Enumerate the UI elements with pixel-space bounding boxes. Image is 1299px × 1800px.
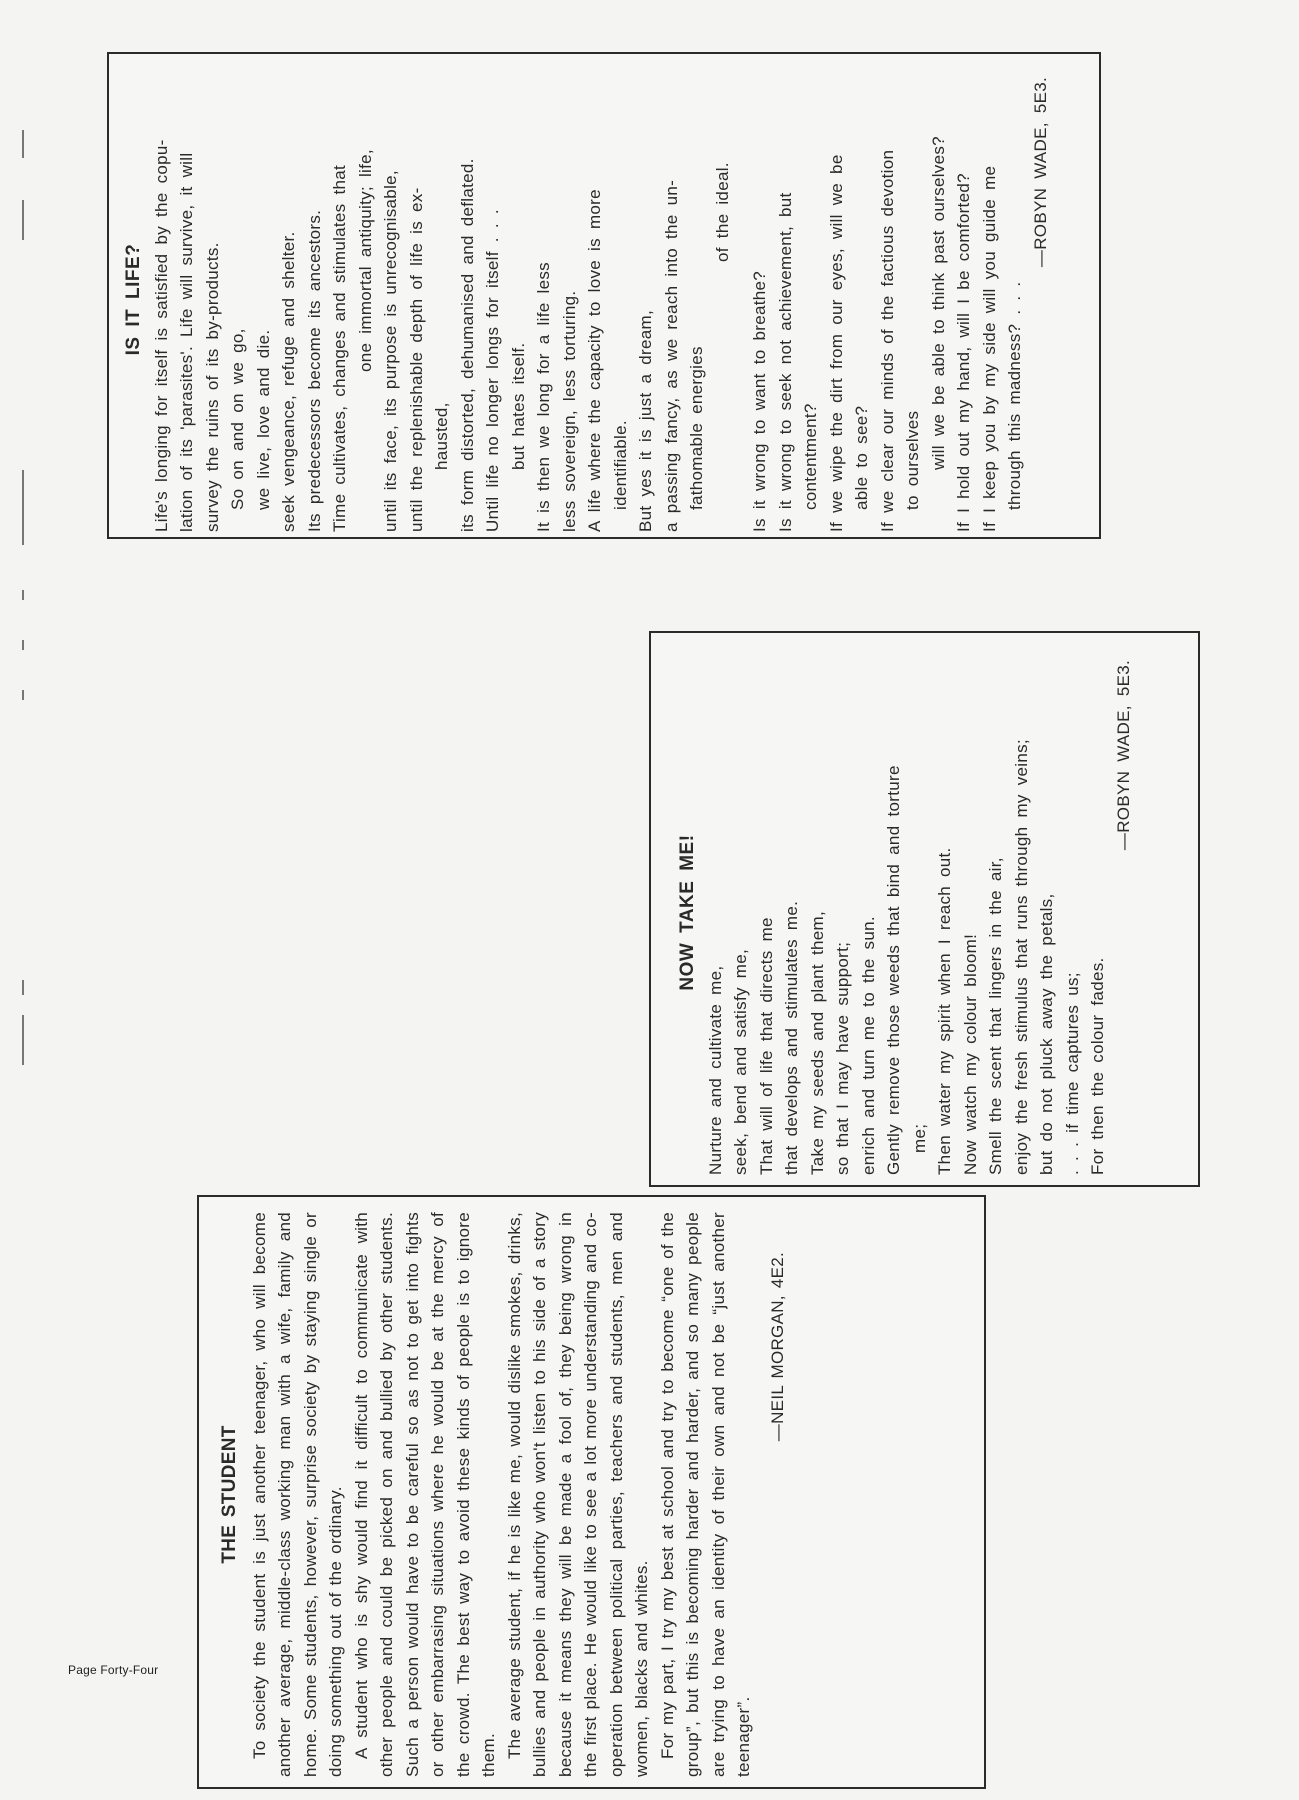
poem-line: fathomable energies [684, 67, 710, 532]
poem-lines: Life's longing for itself is satisfied b… [149, 67, 1028, 532]
poem-line: but hates itself. [506, 67, 532, 532]
poem-is-it-life-box: IS IT LIFE? Life's longing for itself is… [107, 52, 1101, 539]
essay-the-student: THE STUDENT To society the student is ju… [217, 1212, 790, 1777]
poem-line: until the replenishable depth of life is… [404, 67, 430, 532]
poem-line: seek, bend and satisfy me, [728, 650, 754, 1175]
poem-line: seek vengeance, refuge and shelter. [276, 67, 302, 532]
essay-the-student-box: THE STUDENT To society the student is ju… [197, 1195, 986, 1789]
poem-line: Is it wrong to want to breathe? [747, 67, 773, 532]
poem-line: of the ideal. [710, 67, 736, 532]
poem-line: to ourselves [900, 67, 926, 532]
page-number: Page Forty-Four [68, 1663, 158, 1677]
poem-line: Nurture and cultivate me, [703, 650, 729, 1175]
poem-signature: —ROBYN WADE, 5E3. [1028, 67, 1054, 532]
poem-line: Life's longing for itself is satisfied b… [149, 67, 175, 532]
poem-is-it-life: IS IT LIFE? Life's longing for itself is… [121, 67, 1053, 532]
poem-line: contentment? [798, 67, 824, 532]
scan-edge-mark [22, 200, 24, 240]
poem-line: That will of life that directs me [754, 650, 780, 1175]
essay-paragraph: The average student, if he is like me, w… [502, 1212, 655, 1777]
poem-title: IS IT LIFE? [121, 67, 147, 532]
poem-line: lation of its 'parasites'. Life will sur… [174, 67, 200, 532]
poem-line: If we wipe the dirt from our eyes, will … [824, 67, 850, 532]
poem-line: . . . if time captures us; [1060, 650, 1086, 1175]
poem-line: through this madness? . . . [1002, 67, 1028, 532]
poem-line [735, 67, 747, 532]
poem-now-take-me-box: NOW TAKE ME! Nurture and cultivate me,se… [649, 631, 1200, 1187]
poem-line: Is it wrong to seek not achievement, but [773, 67, 799, 532]
poem-line: If I hold out my hand, will I be comfort… [951, 67, 977, 532]
poem-line: Now watch my colour bloom! [958, 650, 984, 1175]
poem-line: will we be able to think past ourselves? [926, 67, 952, 532]
poem-line: enjoy the fresh stimulus that runs throu… [1009, 650, 1035, 1175]
poem-line: Take my seeds and plant them, [805, 650, 831, 1175]
poem-line: So on and on we go, [225, 67, 251, 532]
scan-edge-mark [22, 640, 24, 650]
poem-line: until its face, its purpose is unrecogni… [378, 67, 404, 532]
scan-edge-mark [22, 590, 24, 600]
poem-title: NOW TAKE ME! [675, 650, 701, 1175]
poem-line: A life where the capacity to love is mor… [582, 67, 608, 532]
poem-line: but do not pluck away the petals, [1034, 650, 1060, 1175]
poem-line: It is then we long for a life less [531, 67, 557, 532]
poem-line: so that I may have support; [830, 650, 856, 1175]
poem-line: Gently remove those weeds that bind and … [881, 650, 907, 1175]
poem-line: If we clear our minds of the factious de… [875, 67, 901, 532]
poem-lines: Nurture and cultivate me,seek, bend and … [703, 650, 1111, 1175]
poem-signature: —ROBYN WADE, 5E3. [1111, 650, 1137, 1175]
poem-line: Its predecessors become its ancestors. [302, 67, 328, 532]
essay-paragraph: To society the student is just another t… [247, 1212, 349, 1777]
scan-edge-mark [22, 690, 24, 700]
poem-line: its form distorted, dehumanised and defl… [455, 67, 481, 532]
poem-line: But yes it is just a dream, [633, 67, 659, 532]
poem-now-take-me: NOW TAKE ME! Nurture and cultivate me,se… [675, 650, 1136, 1175]
essay-paragraph: A student who is shy would find it diffi… [349, 1212, 502, 1777]
poem-line: Until life no longer longs for itself . … [480, 67, 506, 532]
scan-edge-mark [22, 130, 24, 158]
poem-line: For then the colour fades. [1085, 650, 1111, 1175]
essay-signature: —NEIL MORGAN, 4E2. [765, 1212, 791, 1777]
poem-line: we live, love and die. [251, 67, 277, 532]
scan-edge-mark [22, 1015, 24, 1065]
scan-edge-mark [22, 470, 24, 545]
poem-line: If I keep you by my side will you guide … [977, 67, 1003, 532]
scan-edge-mark [22, 980, 24, 995]
poem-line: hausted, [429, 67, 455, 532]
poem-line: survey the ruins of its by-products. [200, 67, 226, 532]
poem-line: that develops and stimulates me. [779, 650, 805, 1175]
essay-paragraph: For my part, I try my best at school and… [655, 1212, 757, 1777]
poem-line: enrich and turn me to the sun. [856, 650, 882, 1175]
poem-line: a passing fancy, as we reach into the un… [659, 67, 685, 532]
poem-line: me; [907, 650, 933, 1175]
poem-line: Time cultivates, changes and stimulates … [327, 67, 353, 532]
essay-title: THE STUDENT [217, 1212, 243, 1777]
poem-line: Smell the scent that lingers in the air, [983, 650, 1009, 1175]
poem-line: able to see? [849, 67, 875, 532]
poem-line: identifiable. [608, 67, 634, 532]
poem-line: Then water my spirit when I reach out. [932, 650, 958, 1175]
poem-line: less sovereign, less torturing. [557, 67, 583, 532]
poem-line: one immortal antiquity; life, [353, 67, 379, 532]
